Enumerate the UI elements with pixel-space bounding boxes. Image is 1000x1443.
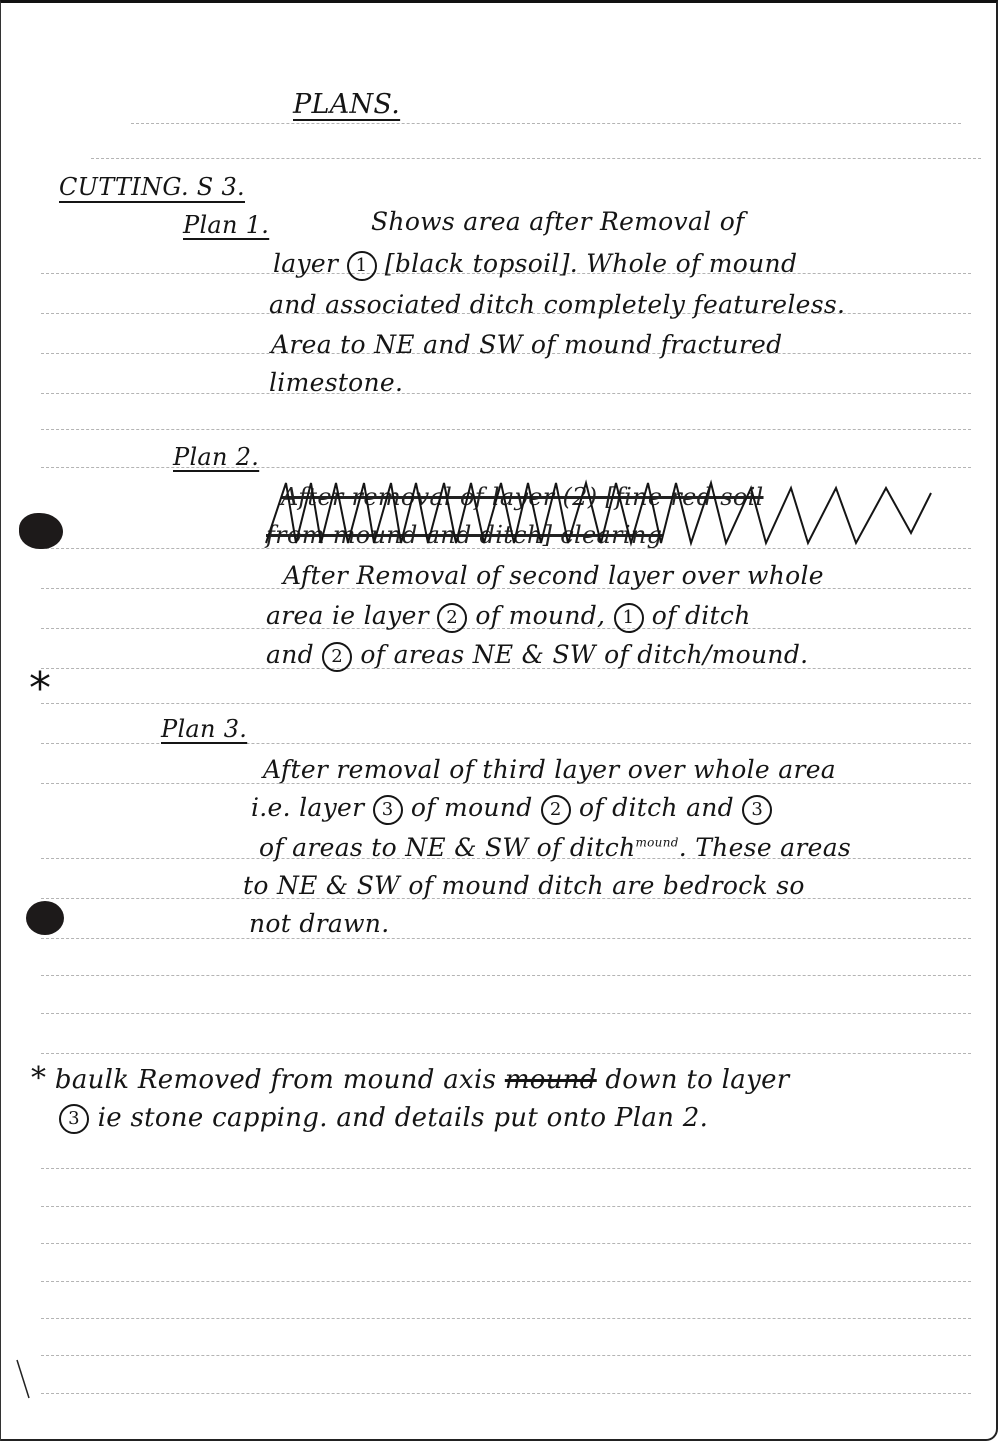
ruled-line	[41, 1013, 971, 1014]
plan-3-text-b: of mound	[411, 793, 533, 822]
ruled-line	[41, 1243, 971, 1244]
footnote-text-c: ie stone capping. and details put onto P…	[98, 1103, 709, 1133]
ruled-line	[41, 1318, 971, 1319]
layer-ref-circle: 3	[373, 795, 403, 825]
notebook-page: * PLANS. CUTTING. S 3. Plan 1. Shows are…	[0, 0, 998, 1441]
layer-ref-circle: 2	[322, 642, 352, 672]
plan-2-text-b: of mound,	[475, 601, 605, 630]
page-title: PLANS.	[293, 89, 400, 120]
ruled-line	[41, 743, 971, 744]
plan-3-text-d: of areas to NE & SW of ditch	[259, 833, 635, 862]
layer-word: layer	[273, 249, 338, 278]
ruled-line	[131, 123, 961, 124]
plan-2-text-c: of ditch	[652, 601, 751, 630]
layer-ref-circle: 1	[614, 603, 644, 633]
punch-hole-top	[19, 513, 63, 549]
plan-3-line-2: i.e. layer 3 of mound 2 of ditch and 3	[251, 793, 772, 825]
plan-3-heading: Plan 3.	[161, 715, 247, 743]
plan-2-line-2: area ie layer 2 of mound, 1 of ditch	[266, 601, 751, 633]
footnote-text-b: down to layer	[605, 1065, 789, 1095]
plan-1-line-2-text: [black topsoil]. Whole of mound	[385, 249, 797, 278]
footnote-asterisk-icon: *	[31, 1061, 46, 1096]
ruled-line	[41, 393, 971, 394]
layer-ref-circle: 3	[59, 1104, 89, 1134]
ruled-line	[41, 1393, 971, 1394]
section-heading: CUTTING. S 3.	[59, 173, 245, 201]
footnote-struck-word: mound	[505, 1065, 597, 1095]
plan-2-text-a: area ie layer	[266, 601, 429, 630]
plan-1-line-5: limestone.	[269, 368, 403, 397]
plan-1-line-1: Shows area after Removal of	[371, 207, 745, 236]
plan-3-text-a: i.e. layer	[251, 793, 364, 822]
plan-2-line-1: After Removal of second layer over whole	[283, 561, 824, 590]
plan-2-line-3: and 2 of areas NE & SW of ditch/mound.	[266, 640, 808, 672]
plan-3-line-1: After removal of third layer over whole …	[263, 755, 836, 784]
ruled-line	[41, 1206, 971, 1207]
plan-2-text-e: of areas NE & SW of ditch/mound.	[360, 640, 808, 669]
ruled-line	[41, 429, 971, 430]
footnote-text-a: baulk Removed from mound axis	[55, 1065, 496, 1095]
corner-mark	[15, 1358, 35, 1408]
plan-3-line-3: of areas to NE & SW of ditchmound. These…	[259, 833, 851, 862]
punch-hole-bottom	[26, 901, 64, 935]
plan-2-heading: Plan 2.	[173, 443, 259, 471]
ruled-line	[41, 1168, 971, 1169]
ruled-line	[41, 1355, 971, 1356]
plan-3-line-4: to NE & SW of mound ditch are bedrock so	[243, 871, 805, 900]
layer-ref-circle: 2	[541, 795, 571, 825]
plan-3-text-c: of ditch and	[579, 793, 734, 822]
plan-2-text-d: and	[266, 640, 314, 669]
layer-ref-circle: 2	[437, 603, 467, 633]
plan-3-line-5: not drawn.	[249, 909, 389, 938]
plan-1-line-3: and associated ditch completely featurel…	[269, 290, 845, 319]
ruled-line	[41, 703, 971, 704]
margin-asterisk-icon: *	[29, 663, 51, 714]
footnote-line-2: 3 ie stone capping. and details put onto…	[59, 1103, 708, 1134]
ruled-line	[41, 1053, 971, 1054]
plan-3-insertion: mound	[635, 836, 678, 850]
layer-ref-circle: 3	[742, 795, 772, 825]
ruled-line	[91, 158, 981, 159]
plan-1-line-2: layer 1 [black topsoil]. Whole of mound	[273, 249, 797, 281]
ruled-line	[41, 1281, 971, 1282]
ruled-line	[41, 938, 971, 939]
footnote-line-1: * baulk Removed from mound axis mound do…	[31, 1061, 790, 1096]
layer-ref-circle: 1	[347, 251, 377, 281]
plan-1-heading: Plan 1.	[183, 211, 269, 239]
plan-1-line-4: Area to NE and SW of mound fractured	[271, 330, 782, 359]
ruled-line	[41, 975, 971, 976]
scribble-strikeout	[256, 473, 936, 553]
plan-3-text-e: . These areas	[679, 833, 851, 862]
